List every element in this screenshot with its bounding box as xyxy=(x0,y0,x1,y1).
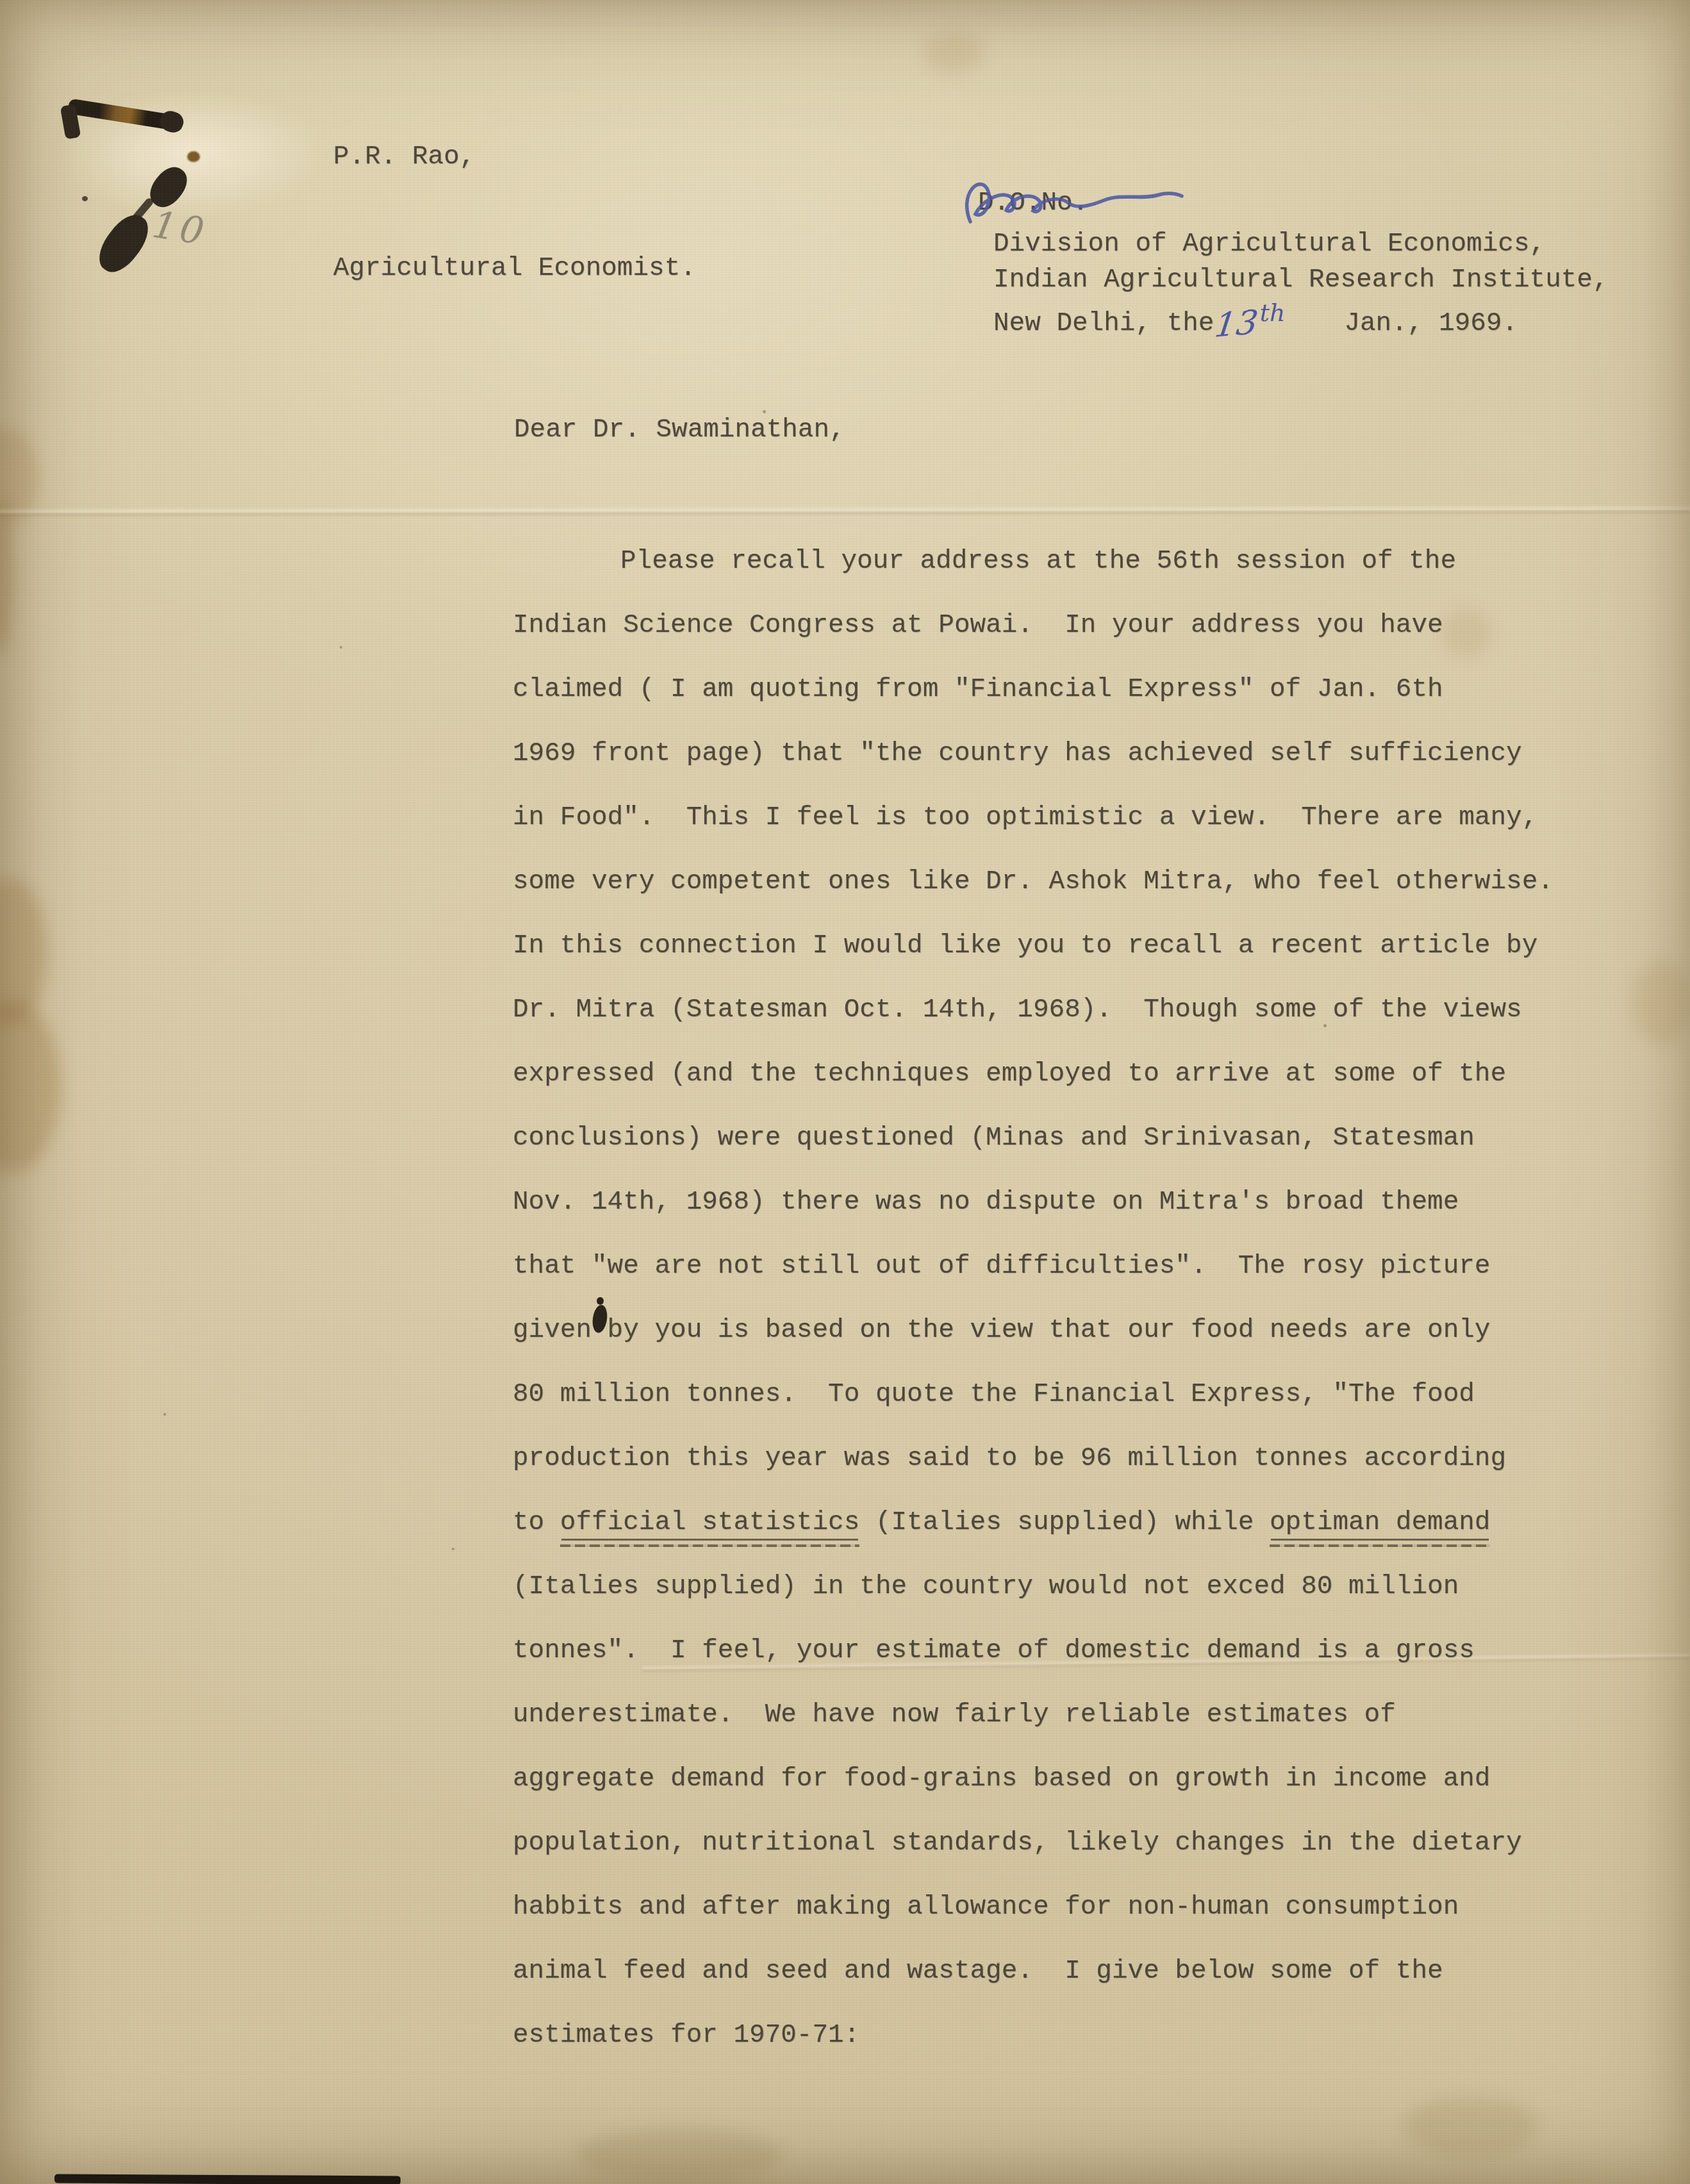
handwritten-day-suffix: th xyxy=(1260,299,1286,327)
body-text: to xyxy=(513,1508,560,1537)
stain xyxy=(0,1000,61,1173)
body-text: animal feed and seed and wastage. I give… xyxy=(513,1956,1443,1986)
body-line: production this year was said to be 96 m… xyxy=(513,1443,1553,1507)
body-line: claimed ( I am quoting from "Financial E… xyxy=(513,674,1553,738)
body-line: Nov. 14th, 1968) there was no dispute on… xyxy=(513,1187,1553,1251)
scan-edge-shadow xyxy=(54,2174,401,2184)
body-text: production this year was said to be 96 m… xyxy=(513,1444,1506,1473)
letter-page: 10 P.R. Rao, Agricultural Economist. D.O… xyxy=(0,0,1690,2184)
body-line: (Italies supplied) in the country would … xyxy=(513,1571,1553,1635)
body-text: Please recall your address at the 56th s… xyxy=(620,547,1456,576)
body-text: aggregate demand for food-grains based o… xyxy=(513,1764,1490,1794)
body-text: in Food". This I feel is too optimistic … xyxy=(513,803,1537,832)
body-text: habbits and after making allowance for n… xyxy=(513,1892,1459,1922)
body-text: In this connection I would like you to r… xyxy=(513,931,1537,961)
handwritten-day: 13 xyxy=(1213,303,1261,345)
body-text: some very competent ones like Dr. Ashok … xyxy=(513,867,1553,897)
dust-speck xyxy=(452,1548,454,1550)
body-line: in Food". This I feel is too optimistic … xyxy=(513,802,1553,866)
underlined-text: optiman demand xyxy=(1270,1508,1490,1537)
body-text: conclusions) were questioned (Minas and … xyxy=(513,1123,1475,1153)
body-text: underestimate. We have now fairly reliab… xyxy=(513,1700,1396,1730)
dust-speck xyxy=(163,1413,166,1416)
stain xyxy=(923,32,984,74)
body-line: tonnes". I feel, your estimate of domest… xyxy=(513,1635,1553,1700)
dateline-month-year: Jan., 1969. xyxy=(1344,309,1518,338)
underlined-text: official statistics xyxy=(560,1508,859,1537)
body-line: In this connection I would like you to r… xyxy=(513,931,1553,995)
body-text: Nov. 14th, 1968) there was no dispute on… xyxy=(513,1187,1459,1217)
blue-ink-scribble-icon xyxy=(956,172,1193,236)
ink-speck-icon xyxy=(82,196,88,201)
body-line: estimates for 1970-71: xyxy=(513,2020,1553,2084)
body-line: expressed (and the techniques employed t… xyxy=(513,1059,1553,1123)
body-line: some very competent ones like Dr. Ashok … xyxy=(513,866,1553,931)
sender-title: Agricultural Economist. xyxy=(333,250,696,287)
body-line: population, nutritional standards, likel… xyxy=(513,1828,1553,1892)
dateline-city-date: New Delhi, the13thJan., 1969. xyxy=(993,300,1518,338)
ink-blot-icon xyxy=(597,1297,604,1305)
body-text: estimates for 1970-71: xyxy=(513,2021,859,2050)
body-line: that "we are not still out of difficulti… xyxy=(513,1251,1553,1315)
body-text: Indian Science Congress at Powai. In you… xyxy=(513,611,1443,640)
body-text: that "we are not still out of difficulti… xyxy=(513,1252,1490,1281)
body-line: given by you is based on the view that o… xyxy=(513,1315,1553,1379)
body-text: Dr. Mitra (Statesman Oct. 14th, 1968). T… xyxy=(513,995,1522,1025)
dust-speck xyxy=(340,646,342,649)
dateline-institute: Indian Agricultural Research Institute, xyxy=(993,265,1609,295)
body-line: aggregate demand for food-grains based o… xyxy=(513,1764,1553,1828)
dust-speck xyxy=(763,410,766,413)
body-line: Dr. Mitra (Statesman Oct. 14th, 1968). T… xyxy=(513,995,1553,1059)
body-line: Please recall your address at the 56th s… xyxy=(513,546,1553,610)
body-text: 1969 front page) that "the country has a… xyxy=(513,739,1522,768)
body-line: underestimate. We have now fairly reliab… xyxy=(513,1700,1553,1764)
body-text: expressed (and the techniques employed t… xyxy=(513,1059,1506,1089)
rust-spot-icon xyxy=(187,151,200,162)
body-text: (Italies supplied) in the country would … xyxy=(513,1572,1459,1601)
body-text: given by you is based on the view that o… xyxy=(513,1316,1490,1345)
stain xyxy=(577,2128,782,2182)
body-lines: Please recall your address at the 56th s… xyxy=(513,546,1553,2084)
body-text: 80 million tonnes. To quote the Financia… xyxy=(513,1380,1475,1409)
body-line: habbits and after making allowance for n… xyxy=(513,1892,1553,1956)
body-line: Indian Science Congress at Powai. In you… xyxy=(513,610,1553,674)
sender-name: P.R. Rao, xyxy=(333,138,696,176)
dateline-prefix: New Delhi, the xyxy=(993,309,1214,338)
body-text: claimed ( I am quoting from "Financial E… xyxy=(513,675,1443,704)
body-text: population, nutritional standards, likel… xyxy=(513,1828,1522,1858)
body-line: 1969 front page) that "the country has a… xyxy=(513,738,1553,802)
letterhead: P.R. Rao, Agricultural Economist. xyxy=(333,64,696,361)
fold-crease-upper xyxy=(0,505,1690,518)
body-text: tonnes". I feel, your estimate of domest… xyxy=(513,1636,1475,1666)
body-line: 80 million tonnes. To quote the Financia… xyxy=(513,1379,1553,1443)
body-text: (Italies supplied) while xyxy=(859,1508,1270,1537)
body-line: animal feed and seed and wastage. I give… xyxy=(513,1956,1553,2020)
body-line: to official statistics (Italies supplied… xyxy=(513,1507,1553,1571)
stain xyxy=(1631,961,1690,1045)
stain xyxy=(1404,2096,1538,2156)
salutation: Dear Dr. Swaminathan, xyxy=(514,415,845,445)
body-line: conclusions) were questioned (Minas and … xyxy=(513,1123,1553,1187)
